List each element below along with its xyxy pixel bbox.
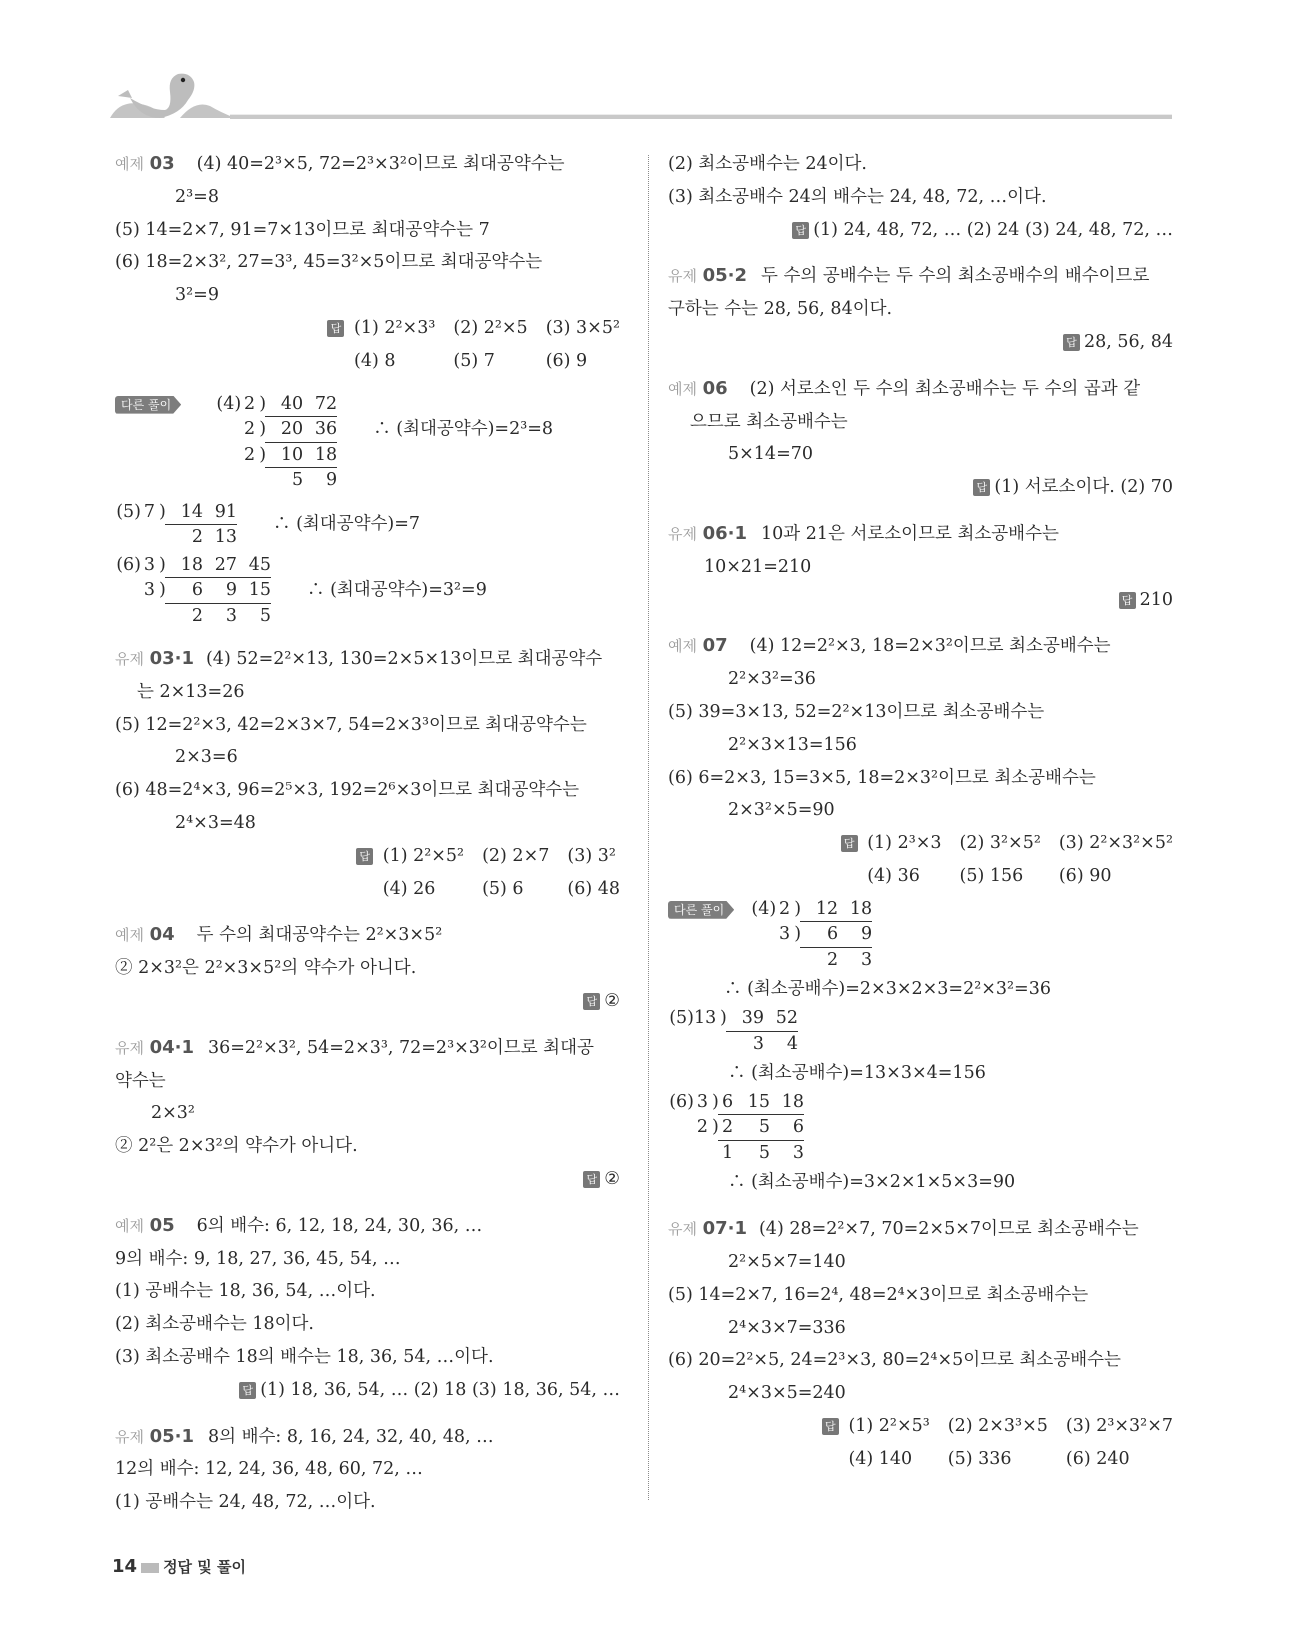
- result-text: ∴ (최소공배수)=2×3×2×3=2²×3²=36: [668, 973, 1173, 1006]
- example-04: 예제 04두 수의 최대공약수는 2²×3×5² ② 2×3²은 2²×3×5²…: [115, 919, 620, 1017]
- divisor: 2: [197, 417, 255, 443]
- problem-number: 06: [703, 378, 728, 399]
- seal-mascot-icon: [110, 70, 250, 122]
- division-ladder: (5)71491 ∴ (최대공약수)=7 213: [115, 500, 420, 551]
- cell: 5: [269, 468, 303, 494]
- alt-solution-badge: 다른 풀이: [668, 901, 734, 919]
- example-label: 예제: [115, 926, 144, 944]
- example-label: 예제: [668, 637, 697, 655]
- answer-item: (3) 2²×3²×5²: [1059, 827, 1173, 860]
- solution-line: (4) 52=2²×13, 130=2×5×13이므로 최대공약수: [206, 649, 602, 669]
- solution-line: (3) 최소공배수 18의 배수는 18, 36, 54, …이다.: [115, 1341, 620, 1374]
- cell: 40: [269, 392, 303, 417]
- divisor: 7: [141, 500, 155, 526]
- cell: 10: [269, 443, 303, 468]
- cell: 39: [730, 1006, 764, 1031]
- left-column: 예제 03(4) 40=2³×5, 72=2³×3²이므로 최대공약수는 2³=…: [115, 148, 620, 1519]
- solution-line: 2×3=6: [115, 741, 620, 774]
- column-divider: [648, 155, 649, 1500]
- answer-block: 답 (1) 2²×3³ (2) 2²×5 (3) 3×5² (4) 8 (5) …: [115, 312, 620, 378]
- solution-line: 2²×5×7=140: [668, 1246, 1173, 1279]
- answer-block: 답②: [115, 985, 620, 1018]
- answer-item: (1) 2³×3: [867, 827, 941, 860]
- solution-line: (4) 12=2²×3, 18=2×3²이므로 최소공배수는: [750, 636, 1111, 656]
- solution-line: 약수는: [115, 1065, 620, 1098]
- page-header: [110, 70, 1172, 122]
- example-03: 예제 03(4) 40=2³×5, 72=2³×3²이므로 최대공약수는 2³=…: [115, 148, 620, 629]
- answer-icon: 답: [327, 320, 344, 337]
- solution-line: 2²×3²=36: [668, 663, 1173, 696]
- answer-item: (2) 2×7: [482, 840, 549, 873]
- cell: 27: [203, 553, 237, 578]
- division-ladder: (6)3182745 36915 ∴ (최대공약수)=3²=9 235: [115, 553, 487, 630]
- solution-line: 는 2×13=26: [115, 676, 620, 709]
- example-label: 예제: [115, 155, 144, 173]
- problem-number: 05·1: [150, 1426, 194, 1447]
- answer-item: (5) 7: [453, 345, 527, 378]
- problem-number: 03: [150, 153, 175, 174]
- answer-icon: 답: [822, 1418, 839, 1435]
- divisor: 3: [750, 922, 790, 948]
- answer-block: 답28, 56, 84: [668, 326, 1173, 359]
- solution-line: 2×3²×5=90: [668, 794, 1173, 827]
- cell: 6: [722, 1090, 736, 1115]
- cell: 3: [838, 948, 872, 974]
- problem-number: 04: [150, 924, 175, 945]
- cell: 20: [269, 417, 303, 442]
- similar-07-1: 유제 07·1(4) 28=2²×7, 70=2×5×7이므로 최소공배수는 2…: [668, 1213, 1173, 1475]
- cell: 5: [237, 604, 271, 630]
- cell: 2: [169, 525, 203, 551]
- division-ladder: (4)24072 22036 ∴ (최대공약수)=2³=8 21018 59: [197, 392, 553, 494]
- solution-line: (4) 28=2²×7, 70=2×5×7이므로 최소공배수는: [759, 1219, 1139, 1239]
- solution-line: 으므로 최소공배수는: [668, 406, 1173, 439]
- answer-item: 210: [1140, 590, 1173, 610]
- answer-item: (6) 48: [567, 873, 620, 906]
- answer-item: (4) 140: [848, 1443, 929, 1476]
- answer-item: (4) 36: [867, 860, 941, 893]
- answer-item: (3) 2³×3²×7: [1066, 1410, 1173, 1443]
- solution-line: ② 2×3²은 2²×3×5²의 약수가 아니다.: [115, 952, 620, 985]
- answer-icon: 답: [841, 835, 858, 852]
- solution-line: 10과 21은 서로소이므로 최소공배수는: [761, 524, 1059, 544]
- answer-item: 28, 56, 84: [1084, 332, 1173, 352]
- solution-line: (6) 18=2×3², 27=3³, 45=3²×5이므로 최대공약수는: [115, 246, 620, 279]
- similar-04-1: 유제 04·136=2²×3², 54=2×3³, 72=2³×3²이므로 최대…: [115, 1032, 620, 1196]
- divisor: 13: [694, 1006, 716, 1032]
- part-tag: (6): [668, 1090, 694, 1116]
- solution-line: (5) 12=2²×3, 42=2×3×7, 54=2×3³이므로 최대공약수는: [115, 709, 620, 742]
- part-tag: (4): [750, 897, 776, 923]
- solution-line: 2⁴×3×7=336: [668, 1312, 1173, 1345]
- answer-block: 답 (1) 2³×3 (2) 3²×5² (3) 2²×3²×5² (4) 36…: [668, 827, 1173, 893]
- division-ladder: (4)21218 369 23: [750, 897, 872, 974]
- answer-item: (4) 26: [383, 873, 464, 906]
- answer-item: (6) 9: [546, 345, 620, 378]
- answer-block: 답②: [115, 1163, 620, 1196]
- cell: 12: [804, 897, 838, 922]
- cell: 6: [804, 922, 838, 947]
- solution-line: 두 수의 공배수는 두 수의 최소공배수의 배수이므로: [761, 266, 1149, 286]
- alt-solution-badge: 다른 풀이: [115, 396, 181, 414]
- solution-line: 2²×3×13=156: [668, 729, 1173, 762]
- solution-line: (6) 6=2×3, 15=3×5, 18=2×3²이므로 최소공배수는: [668, 762, 1173, 795]
- part-tag: (6): [115, 553, 141, 579]
- cell: 52: [764, 1006, 798, 1031]
- cell: 4: [764, 1032, 798, 1058]
- solution-line: (2) 서로소인 두 수의 최소공배수는 두 수의 곱과 같: [750, 379, 1140, 399]
- result-text: ∴ (최소공배수)=3×2×1×5×3=90: [668, 1166, 1173, 1199]
- divisor: 3: [141, 553, 155, 579]
- solution-line: (2) 최소공배수는 24이다.: [668, 148, 1173, 181]
- solution-line: (1) 공배수는 18, 36, 54, …이다.: [115, 1275, 620, 1308]
- answer-item: (1) 2²×5²: [383, 840, 464, 873]
- answer-block: 답 (1) 2²×5³ (2) 2×3³×5 (3) 2³×3²×7 (4) 1…: [668, 1410, 1173, 1476]
- solution-line: 2⁴×3=48: [115, 807, 620, 840]
- divisor: 2: [241, 392, 255, 418]
- answer-item: (5) 156: [960, 860, 1041, 893]
- cell: 5: [736, 1115, 770, 1140]
- answer-item: (3) 3×5²: [546, 312, 620, 345]
- solution-line: (1) 공배수는 24, 48, 72, …이다.: [115, 1486, 620, 1519]
- solution-line: 36=2²×3², 54=2×3³, 72=2³×3²이므로 최대공: [208, 1038, 594, 1058]
- solution-line: 5×14=70: [668, 438, 1173, 471]
- answer-icon: 답: [583, 1171, 600, 1188]
- problem-number: 07: [703, 635, 728, 656]
- result-text: ∴ (최소공배수)=13×3×4=156: [668, 1057, 1173, 1090]
- example-07: 예제 07(4) 12=2²×3, 18=2×3²이므로 최소공배수는 2²×3…: [668, 630, 1173, 1199]
- solution-line: 6의 배수: 6, 12, 18, 24, 30, 36, …: [197, 1216, 483, 1236]
- cell: 14: [169, 500, 203, 525]
- result-text: ∴ (최대공약수)=7: [273, 512, 420, 538]
- solution-line: (3) 최소공배수 24의 배수는 24, 48, 72, …이다.: [668, 181, 1173, 214]
- answer-item: (1) 서로소이다. (2) 70: [994, 477, 1173, 497]
- cell: 2: [804, 948, 838, 974]
- page-number: 14: [112, 1556, 137, 1577]
- solution-line: 구하는 수는 28, 56, 84이다.: [668, 293, 1173, 326]
- solution-line: (5) 14=2×7, 91=7×13이므로 최대공약수는 7: [115, 214, 620, 247]
- division-ladder: (6)361518 2256 153: [668, 1090, 804, 1167]
- cell: 18: [169, 553, 203, 578]
- cell: 45: [237, 553, 271, 578]
- divisor: 3: [115, 578, 155, 604]
- solution-line: 3²=9: [115, 279, 620, 312]
- similar-label: 유제: [115, 650, 144, 668]
- problem-number: 04·1: [150, 1037, 194, 1058]
- part-tag: (5): [115, 500, 141, 526]
- solution-line: (6) 48=2⁴×3, 96=2⁵×3, 192=2⁶×3이므로 최대공약수는: [115, 774, 620, 807]
- answer-item: (2) 2²×5: [453, 312, 527, 345]
- problem-number: 05·2: [703, 265, 747, 286]
- similar-05-2: 유제 05·2두 수의 공배수는 두 수의 최소공배수의 배수이므로 구하는 수…: [668, 260, 1173, 358]
- similar-label: 유제: [668, 267, 697, 285]
- division-ladder: (5)133952 34: [668, 1006, 798, 1057]
- similar-05-1-continued: (2) 최소공배수는 24이다. (3) 최소공배수 24의 배수는 24, 4…: [668, 148, 1173, 246]
- answer-icon: 답: [239, 1382, 256, 1399]
- answer-block: 답 (1) 2²×5² (2) 2×7 (3) 3² (4) 26 (5) 6 …: [115, 840, 620, 906]
- result-text: ∴ (최대공약수)=2³=8: [373, 417, 553, 443]
- answer-item: (4) 8: [354, 345, 435, 378]
- cell: 91: [203, 500, 237, 525]
- answer-item: (2) 3²×5²: [960, 827, 1041, 860]
- cell: 15: [736, 1090, 770, 1115]
- answer-block: 답(1) 서로소이다. (2) 70: [668, 471, 1173, 504]
- cell: 5: [736, 1141, 770, 1167]
- answer-block: 답(1) 24, 48, 72, … (2) 24 (3) 24, 48, 72…: [668, 214, 1173, 247]
- solution-line: (6) 20=2²×5, 24=2³×3, 80=2⁴×5이므로 최소공배수는: [668, 1344, 1173, 1377]
- cell: 3: [203, 604, 237, 630]
- footer-bar: [141, 1563, 159, 1573]
- solution-line: (5) 14=2×7, 16=2⁴, 48=2⁴×3이므로 최소공배수는: [668, 1279, 1173, 1312]
- alt-solution-block: 다른 풀이 (4)21218 369 23 ∴ (최소공배수)=2×3×2×3=…: [668, 897, 1173, 1199]
- example-06: 예제 06(2) 서로소인 두 수의 최소공배수는 두 수의 곱과 같 으므로 …: [668, 373, 1173, 504]
- example-label: 예제: [115, 1217, 144, 1235]
- problem-number: 06·1: [703, 523, 747, 544]
- cell: 36: [303, 417, 337, 442]
- solution-line: (4) 40=2³×5, 72=2³×3²이므로 최대공약수는: [197, 154, 565, 174]
- cell: 6: [169, 578, 203, 603]
- similar-label: 유제: [115, 1039, 144, 1057]
- cell: 2: [169, 604, 203, 630]
- problem-number: 07·1: [703, 1218, 747, 1239]
- cell: 9: [838, 922, 872, 947]
- cell: 18: [303, 443, 337, 468]
- solution-line: 2³=8: [115, 181, 620, 214]
- answer-item: (6) 90: [1059, 860, 1173, 893]
- answer-icon: 답: [1119, 592, 1136, 609]
- similar-label: 유제: [668, 1220, 697, 1238]
- similar-05-1: 유제 05·18의 배수: 8, 16, 24, 32, 40, 48, … 1…: [115, 1421, 620, 1519]
- part-tag: (4): [197, 392, 241, 418]
- solution-line: (2) 최소공배수는 18이다.: [115, 1308, 620, 1341]
- alt-solution-block: 다른 풀이 (4)24072 22036 ∴ (최대공약수)=2³=8 2101…: [115, 392, 620, 630]
- example-label: 예제: [668, 380, 697, 398]
- solution-line: 8의 배수: 8, 16, 24, 32, 40, 48, …: [208, 1427, 494, 1447]
- answer-icon: 답: [1063, 334, 1080, 351]
- problem-number: 05: [150, 1215, 175, 1236]
- solution-line: 두 수의 최대공약수는 2²×3×5²: [197, 925, 443, 945]
- divisor: 2: [668, 1115, 708, 1141]
- similar-03-1: 유제 03·1(4) 52=2²×13, 130=2×5×13이므로 최대공약수…: [115, 643, 620, 905]
- header-rule: [230, 114, 1172, 119]
- answer-item: (5) 336: [948, 1443, 1048, 1476]
- cell: 18: [770, 1090, 804, 1115]
- cell: 72: [303, 392, 337, 417]
- answer-item: (3) 3²: [567, 840, 620, 873]
- divisor: 2: [776, 897, 790, 923]
- answer-item: (2) 2×3³×5: [948, 1410, 1048, 1443]
- problem-number: 03·1: [150, 648, 194, 669]
- cell: 2: [722, 1115, 736, 1140]
- answer-item: (1) 18, 36, 54, … (2) 18 (3) 18, 36, 54,…: [260, 1380, 620, 1400]
- cell: 15: [237, 578, 271, 603]
- answer-item: (6) 240: [1066, 1443, 1173, 1476]
- answer-item: (5) 6: [482, 873, 549, 906]
- cell: 9: [203, 578, 237, 603]
- answer-item: (1) 2²×5³: [848, 1410, 929, 1443]
- answer-icon: 답: [792, 222, 809, 239]
- page-footer: 14정답 및 풀이: [112, 1556, 246, 1577]
- answer-item: ②: [604, 991, 620, 1011]
- cell: 18: [838, 897, 872, 922]
- cell: 3: [730, 1032, 764, 1058]
- cell: 13: [203, 525, 237, 551]
- solution-line: 9의 배수: 9, 18, 27, 36, 45, 54, …: [115, 1243, 620, 1276]
- result-text: ∴ (최대공약수)=3²=9: [307, 578, 487, 604]
- solution-line: 2⁴×3×5=240: [668, 1377, 1173, 1410]
- answer-icon: 답: [583, 993, 600, 1010]
- cell: 9: [303, 468, 337, 494]
- right-column: (2) 최소공배수는 24이다. (3) 최소공배수 24의 배수는 24, 4…: [668, 148, 1173, 1476]
- answer-block: 답(1) 18, 36, 54, … (2) 18 (3) 18, 36, 54…: [115, 1374, 620, 1407]
- footer-title: 정답 및 풀이: [163, 1558, 246, 1576]
- answer-block: 답210: [668, 584, 1173, 617]
- answer-icon: 답: [973, 479, 990, 496]
- solution-line: 12의 배수: 12, 24, 36, 48, 60, 72, …: [115, 1453, 620, 1486]
- answer-item: (1) 24, 48, 72, … (2) 24 (3) 24, 48, 72,…: [813, 220, 1173, 240]
- solution-line: 2×3²: [115, 1097, 620, 1130]
- divisor: 2: [197, 443, 255, 469]
- cell: 1: [722, 1141, 736, 1167]
- solution-line: (5) 39=3×13, 52=2²×13이므로 최소공배수는: [668, 696, 1173, 729]
- answer-item: (1) 2²×3³: [354, 312, 435, 345]
- answer-icon: 답: [356, 848, 373, 865]
- part-tag: (5): [668, 1006, 694, 1032]
- similar-label: 유제: [115, 1428, 144, 1446]
- divisor: 3: [694, 1090, 708, 1116]
- cell: 3: [770, 1141, 804, 1167]
- solution-line: 10×21=210: [668, 551, 1173, 584]
- similar-06-1: 유제 06·110과 21은 서로소이므로 최소공배수는 10×21=210 답…: [668, 518, 1173, 616]
- answer-item: ②: [604, 1169, 620, 1189]
- cell: 6: [770, 1115, 804, 1140]
- solution-line: ② 2²은 2×3²의 약수가 아니다.: [115, 1130, 620, 1163]
- example-05: 예제 056의 배수: 6, 12, 18, 24, 30, 36, … 9의 …: [115, 1210, 620, 1407]
- similar-label: 유제: [668, 525, 697, 543]
